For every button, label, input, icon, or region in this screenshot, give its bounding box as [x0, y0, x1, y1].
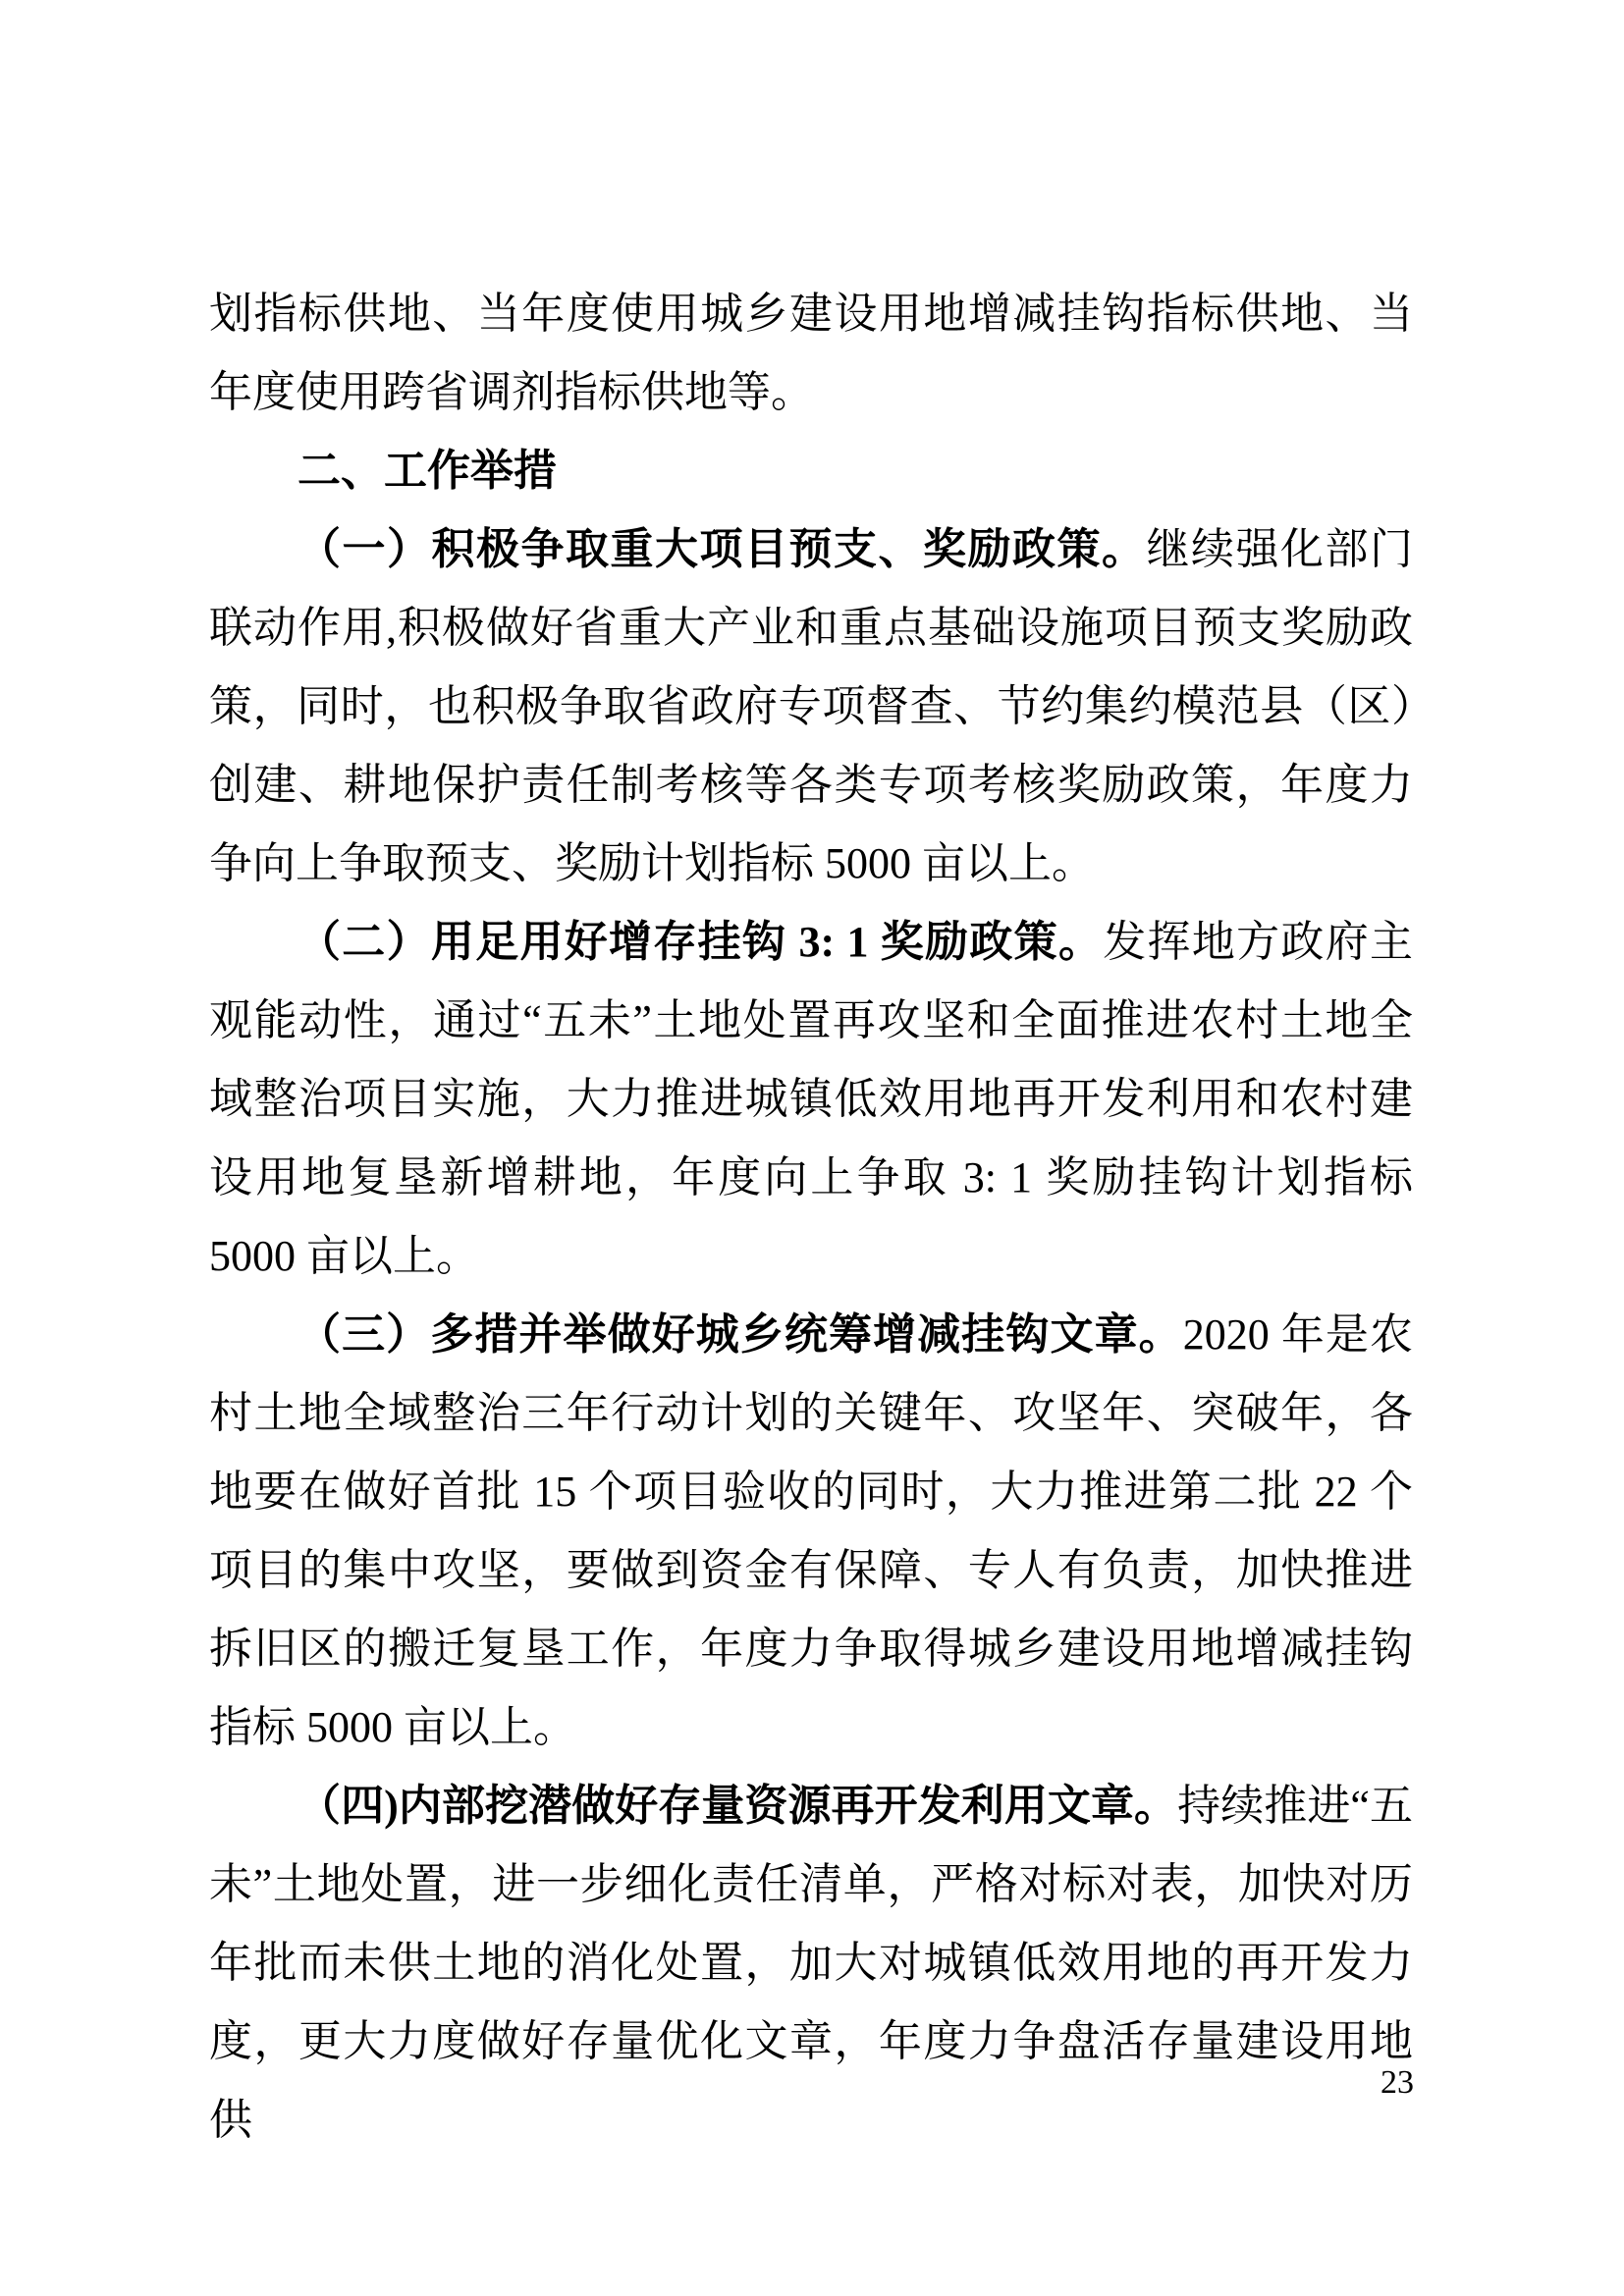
paragraph-lead: （一）积极争取重大项目预支、奖励政策。: [298, 525, 1147, 573]
section-heading: 二、工作举措: [209, 432, 1413, 510]
page-number: 23: [1380, 2063, 1414, 2103]
paragraph-measure-3: （三）多措并举做好城乡统筹增减挂钩文章。2020 年是农村土地全域整治三年行动计…: [209, 1296, 1413, 1767]
paragraph-body: 2020 年是农村土地全域整治三年行动计划的关键年、攻坚年、突破年，各地要在做好…: [209, 1310, 1413, 1751]
document-page: 划指标供地、当年度使用城乡建设用地增减挂钩指标供地、当年度使用跨省调剂指标供地等…: [0, 0, 1624, 2296]
paragraph-body: 发挥地方政府主观能动性，通过“五未”土地处置再攻坚和全面推进农村土地全域整治项目…: [209, 918, 1413, 1280]
paragraph-measure-4: （四)内部挖潜做好存量资源再开发利用文章。持续推进“五未”土地处置，进一步细化责…: [209, 1767, 1413, 2160]
paragraph-lead: （四)内部挖潜做好存量资源再开发利用文章。: [298, 1782, 1177, 1830]
paragraph-body: 持续推进“五未”土地处置，进一步细化责任清单，严格对标对表，加快对历年批而未供土…: [209, 1782, 1413, 2144]
document-body: 划指标供地、当年度使用城乡建设用地增减挂钩指标供地、当年度使用跨省调剂指标供地等…: [209, 275, 1413, 2160]
paragraph-measure-1: （一）积极争取重大项目预支、奖励政策。继续强化部门联动作用,积极做好省重大产业和…: [209, 510, 1413, 903]
paragraph-lead: （二）用足用好增存挂钩 3: 1 奖励政策。: [298, 918, 1103, 966]
paragraph-continuation: 划指标供地、当年度使用城乡建设用地增减挂钩指标供地、当年度使用跨省调剂指标供地等…: [209, 275, 1413, 432]
paragraph-body: 继续强化部门联动作用,积极做好省重大产业和重点基础设施项目预支奖励政策，同时，也…: [209, 525, 1413, 887]
paragraph-measure-2: （二）用足用好增存挂钩 3: 1 奖励政策。发挥地方政府主观能动性，通过“五未”…: [209, 903, 1413, 1296]
paragraph-lead: （三）多措并举做好城乡统筹增减挂钩文章。: [298, 1310, 1183, 1359]
